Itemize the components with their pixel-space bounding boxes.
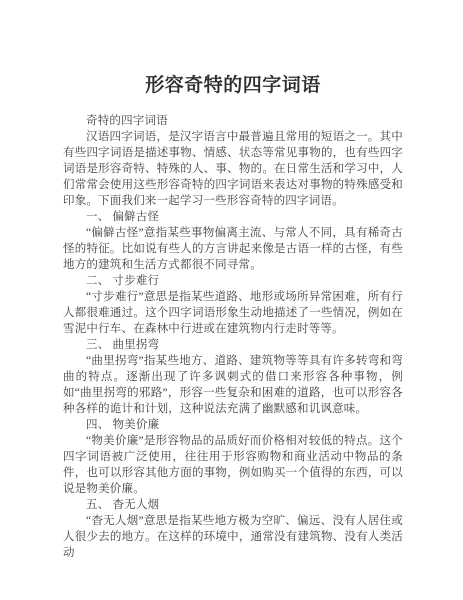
section-4-heading: 四、 物美价廉 (63, 417, 403, 433)
page-title: 形容奇特的四字词语 (63, 73, 403, 99)
document-page: 形容奇特的四字词语 奇特的四字词语 汉语四字词语，是汉字语言中最普遍且常用的短语… (0, 0, 463, 600)
section-3-body: “曲里拐弯”指某些地方、道路、建筑物等等具有许多转弯和弯曲的特点。逐渐出现了许多… (63, 353, 403, 417)
section-5-body: “杳无人烟”意思是指某些地方极为空旷、偏远、没有人居住或人很少去的地方。在这样的… (63, 513, 403, 561)
section-5-heading: 五、 杳无人烟 (63, 497, 403, 513)
section-4-body: “物美价廉”是形容物品的品质好而价格相对较低的特点。这个四字词语被广泛使用，往往… (63, 433, 403, 497)
intro-subtitle: 奇特的四字词语 (63, 113, 403, 129)
section-2-heading: 二、 寸步难行 (63, 273, 403, 289)
section-2-body: “寸步难行”意思是指某些道路、地形或场所异常困难，所有行人都很难通过。这个四字词… (63, 289, 403, 337)
section-1-body: “偏僻古怪”意指某些事物偏离主流、与常人不同，具有稀奇古怪的特征。比如说有些人的… (63, 225, 403, 273)
intro-paragraph: 汉语四字词语，是汉字语言中最普遍且常用的短语之一。其中有些四字词语是描述事物、情… (63, 129, 403, 209)
section-1-heading: 一、 偏僻古怪 (63, 209, 403, 225)
section-3-heading: 三、 曲里拐弯 (63, 337, 403, 353)
